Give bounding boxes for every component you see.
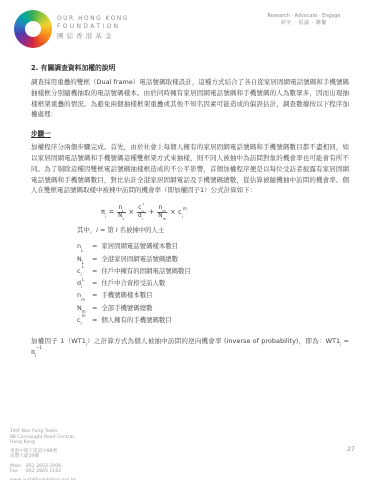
variable-definition-row: Nm = 全部手機號碼總數 [77, 302, 349, 314]
variable-definition-row: nm = 手機號碼樣本數目 [77, 289, 349, 301]
document-body: 2. 有關調查資料加權的說明 調查採用重疊的雙框（Dual frame）電話號碼… [31, 62, 349, 358]
paragraph-weight-factor-1: 加權因子 1（WT1i）之計算方式為個人被抽中訪問的逆向機會率 (inverse… [31, 336, 349, 358]
variable-definitions: nL = 家居固網電話號碼樣本數目 NL = 全港家居固網電話號碼總數 ciL … [77, 240, 349, 325]
formula-fraction-2: ciL diL [137, 205, 147, 219]
address-english: 19/F Nan Fung Tower 88 Connaught Road Ce… [10, 429, 76, 446]
page-footer: 19/F Nan Fung Tower 88 Connaught Road Ce… [10, 429, 76, 480]
formula-fraction-3: nm Nm [157, 205, 168, 219]
paragraph-weighting-step1: 加權程序分兩個步驟完成。首先，由於社會上每個人擁有的家居固網電話號碼和手機號碼數… [31, 142, 349, 196]
formula-multiply-1: × [129, 208, 135, 216]
foundation-logo-ring-icon [14, 10, 52, 48]
brand-line2: FOUNDATION [57, 24, 129, 32]
tagline-chinese: 研究 · 倡議 · 聯繫 [246, 20, 362, 27]
variable-definition-row: nL = 家居固網電話號碼樣本數目 [77, 240, 349, 252]
formula-multiply-2: × [170, 208, 176, 216]
section-heading: 2. 有關調查資料加權的說明 [31, 62, 349, 72]
probability-formula: πi = nL NL × ciL diL + nm Nm × cim [101, 205, 349, 219]
formula-plus: + [149, 208, 155, 216]
step-one-heading: 步驟一 [31, 128, 349, 138]
variable-definition-row: ciL = 住戶中擁有的固網電話號碼數目 [77, 265, 349, 277]
header-tagline: Research · Advocate · Engage 研究 · 倡議 · 聯… [246, 13, 362, 26]
brand-line1: OUR HONG KONG [57, 16, 129, 24]
brand-wordmark: OUR HONG KONG FOUNDATION 團結香港基金 [57, 16, 129, 41]
address-chinese: 香港中環干諾道中88號 南豐大廈19樓 [10, 449, 76, 460]
formula-where-clause: 其中，i = 第 i 名被揀中的人士 [77, 225, 349, 234]
paragraph-dual-frame-intro: 調查採用重疊的雙框（Dual frame）電話號碼取樣設計，這種方式結合了各自從… [31, 77, 349, 120]
brand-line3-chinese: 團結香港基金 [57, 32, 129, 41]
formula-fraction-1: nL NL [117, 205, 126, 219]
variable-definition-row: cim = 個人擁有的手機號碼數目 [77, 314, 349, 326]
formula-last-term: cim [178, 208, 187, 216]
contact-numbers: Main 852 2603 2006 Fax 852 2865 1162 [10, 464, 76, 476]
document-page: OUR HONG KONG FOUNDATION 團結香港基金 Research… [0, 0, 370, 480]
formula-lhs: πi [101, 208, 106, 216]
formula-equals: = [109, 208, 115, 216]
contact-fax: Fax 852 2865 1162 [10, 469, 76, 475]
page-number: 27 [347, 446, 355, 453]
variable-definition-row: NL = 全港家居固網電話號碼總數 [77, 253, 349, 265]
variable-definition-row: diL = 住戶中合資格受訪人數 [77, 277, 349, 289]
